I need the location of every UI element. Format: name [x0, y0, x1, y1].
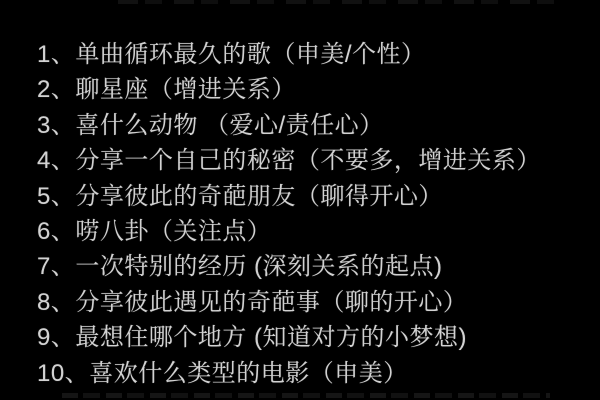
topic-line-9: 9、最想住哪个地方 (知道对方的小梦想)	[37, 320, 594, 355]
screen: 1、单曲循环最久的歌（申美/个性） 2、聊星座（增进关系） 3、喜什么动物 （爱…	[0, 0, 600, 400]
topic-line-8: 8、分享彼此遇见的奇葩事（聊的开心）	[37, 285, 594, 320]
topic-line-4: 4、分享一个自己的秘密（不要多，增进关系）	[37, 143, 594, 178]
topic-line-6: 6、唠八卦（关注点）	[37, 214, 594, 249]
topic-list: 1、单曲循环最久的歌（申美/个性） 2、聊星座（增进关系） 3、喜什么动物 （爱…	[37, 37, 594, 391]
cropped-text-row-bottom	[62, 393, 550, 398]
topic-line-5: 5、分享彼此的奇葩朋友（聊得开心）	[37, 179, 594, 214]
cropped-text-row-top	[118, 0, 564, 4]
topic-line-1: 1、单曲循环最久的歌（申美/个性）	[37, 37, 594, 72]
topic-line-2: 2、聊星座（增进关系）	[37, 72, 594, 107]
topic-line-7: 7、一次特别的经历 (深刻关系的起点)	[37, 249, 594, 284]
topic-line-10: 10、喜欢什么类型的电影（申美）	[37, 356, 594, 391]
topic-line-3: 3、喜什么动物 （爱心/责任心）	[37, 108, 594, 143]
